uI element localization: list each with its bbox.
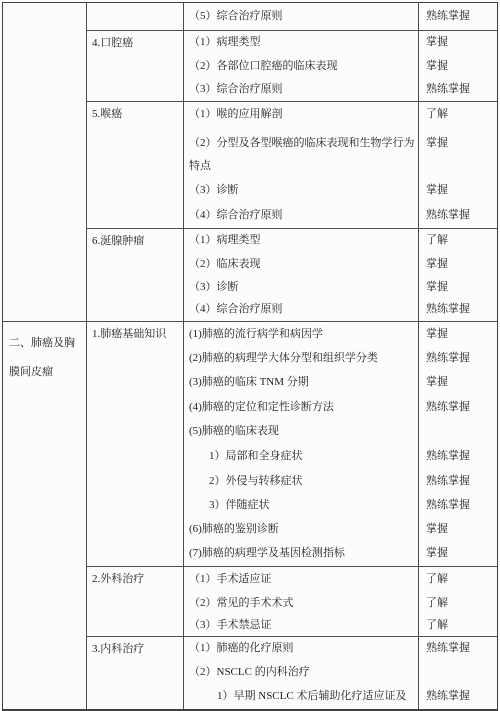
level-cell: 了解 bbox=[419, 615, 498, 637]
item-text: （1）手术适应证 bbox=[184, 567, 419, 592]
level-cell: 掌握 bbox=[419, 276, 498, 299]
syllabus-table: （5）综合治疗原则 熟练掌握 4.口腔癌 （1）病理类型 掌握 （2）各部位口腔… bbox=[2, 2, 498, 711]
level-cell: 熟练掌握 bbox=[419, 203, 498, 229]
section-label: 4.口腔癌 bbox=[87, 31, 184, 102]
category-cell: 二、肺癌及胸膜间皮瘤 bbox=[3, 322, 87, 710]
level-cell bbox=[419, 420, 498, 444]
level-cell: 了解 bbox=[419, 567, 498, 592]
level-cell: 熟练掌握 bbox=[419, 78, 498, 102]
item-text: （4）综合治疗原则 bbox=[184, 203, 419, 229]
category-cell bbox=[3, 3, 87, 322]
item-text: (6)肺癌的鉴别诊断 bbox=[184, 518, 419, 542]
item-text: （1）肺癌的化疗原则 bbox=[184, 637, 419, 661]
item-text: (5)肺癌的临床表现 bbox=[184, 420, 419, 444]
level-cell: 熟练掌握 bbox=[419, 469, 498, 494]
level-cell: 掌握 bbox=[419, 253, 498, 276]
section-label: 2.外科治疗 bbox=[87, 567, 184, 637]
level-cell: 掌握 bbox=[419, 127, 498, 178]
item-text: 3）伴随症状 bbox=[184, 494, 419, 518]
item-text: (7)肺癌的病理学及基因检测指标 bbox=[184, 542, 419, 567]
item-text: (4)肺癌的定位和定性诊断方法 bbox=[184, 395, 419, 420]
item-text: （3）诊断 bbox=[184, 276, 419, 299]
level-cell: 熟练掌握 bbox=[419, 3, 498, 31]
section-label bbox=[87, 3, 184, 31]
level-cell: 熟练掌握 bbox=[419, 444, 498, 469]
item-text: （2）各部位口腔癌的临床表现 bbox=[184, 55, 419, 78]
level-cell: 熟练掌握 bbox=[419, 347, 498, 371]
item-text: （3）综合治疗原则 bbox=[184, 78, 419, 102]
item-text: (2)肺癌的病理学大体分型和组织学分类 bbox=[184, 347, 419, 371]
item-text: （5）综合治疗原则 bbox=[184, 3, 419, 31]
table-row: （5）综合治疗原则 熟练掌握 bbox=[3, 3, 498, 31]
item-text: 2）外侵与转移症状 bbox=[184, 469, 419, 494]
level-cell: 熟练掌握 bbox=[419, 395, 498, 420]
item-text: (1)肺癌的流行病学和病因学 bbox=[184, 322, 419, 347]
level-cell: 掌握 bbox=[419, 178, 498, 203]
item-text: （1）病理类型 bbox=[184, 31, 419, 55]
level-cell: 熟练掌握 bbox=[419, 494, 498, 518]
level-cell: 熟练掌握 bbox=[419, 299, 498, 322]
item-text: （2）分型及各型喉癌的临床表现和生物学行为特点 bbox=[184, 127, 419, 178]
document-page: （5）综合治疗原则 熟练掌握 4.口腔癌 （1）病理类型 掌握 （2）各部位口腔… bbox=[0, 0, 500, 706]
level-cell: 熟练掌握 bbox=[419, 637, 498, 661]
level-cell: 掌握 bbox=[419, 371, 498, 395]
level-cell: 掌握 bbox=[419, 518, 498, 542]
item-text: （3）手术禁忌证 bbox=[184, 615, 419, 637]
level-cell: 掌握 bbox=[419, 55, 498, 78]
section-label: 5.喉癌 bbox=[87, 102, 184, 229]
table-row: 二、肺癌及胸膜间皮瘤 1.肺癌基础知识 (1)肺癌的流行病学和病因学 掌握 bbox=[3, 322, 498, 347]
item-text: （1）病理类型 bbox=[184, 229, 419, 253]
section-label: 6.涎腺肿瘤 bbox=[87, 229, 184, 322]
level-cell: 掌握 bbox=[419, 322, 498, 347]
item-text: （1）喉的应用解剖 bbox=[184, 102, 419, 127]
section-label: 3.内科治疗 bbox=[87, 637, 184, 710]
item-text: （2）常见的手术术式 bbox=[184, 592, 419, 615]
item-text: （2）临床表现 bbox=[184, 253, 419, 276]
item-text: （3）诊断 bbox=[184, 178, 419, 203]
level-cell: 掌握 bbox=[419, 31, 498, 55]
item-text: (3)肺癌的临床 TNM 分期 bbox=[184, 371, 419, 395]
level-cell: 了解 bbox=[419, 229, 498, 253]
section-label: 1.肺癌基础知识 bbox=[87, 322, 184, 567]
level-cell: 了解 bbox=[419, 592, 498, 615]
item-text: （2）NSCLC 的内科治疗 bbox=[184, 661, 419, 685]
item-text: 1）局部和全身症状 bbox=[184, 444, 419, 469]
level-cell bbox=[419, 661, 498, 685]
level-cell: 了解 bbox=[419, 102, 498, 127]
item-text: （4）综合治疗原则 bbox=[184, 299, 419, 322]
level-cell: 掌握 bbox=[419, 542, 498, 567]
